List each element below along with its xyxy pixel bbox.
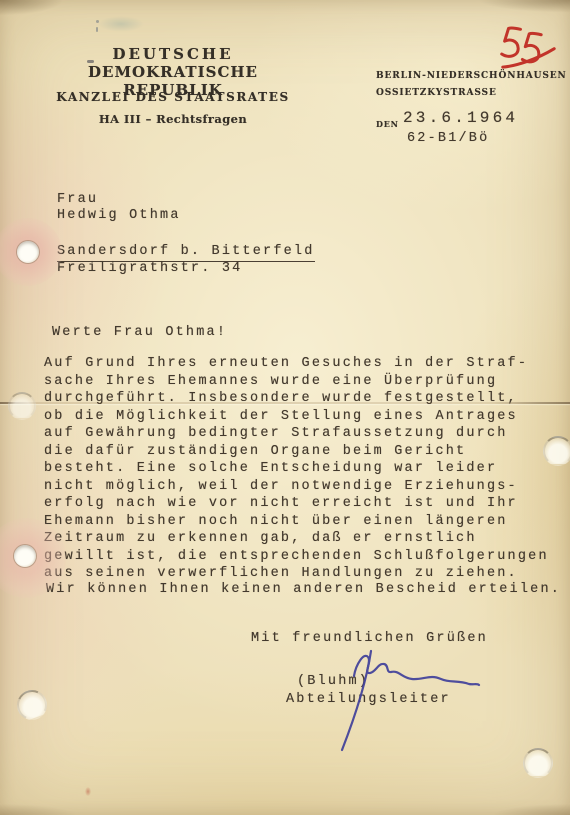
pencil-dash — [87, 60, 94, 63]
letterhead-office: KANZLEI DES STAATSRATES — [53, 90, 293, 104]
punch-impression — [543, 436, 570, 466]
scanned-letter-page: DEUTSCHE DEMOKRATISCHE REPUBLIK KANZLEI … — [0, 0, 570, 815]
punch-hole — [14, 545, 36, 567]
letterhead-place-line2: OSSIETZKYSTRASSE — [376, 88, 497, 98]
punch-impression — [13, 686, 51, 724]
typed-date: 23.6.1964 — [403, 110, 518, 126]
body-paragraph-2: Wir können Ihnen keinen anderen Bescheid… — [46, 581, 566, 599]
handwritten-page-number — [497, 25, 563, 77]
punch-impression — [8, 392, 36, 420]
body-paragraph-1: Auf Grund Ihres erneuten Gesuches in der… — [44, 355, 564, 583]
recipient-salutation: Frau — [57, 192, 98, 208]
letter-salutation: Werte Frau Othma! — [52, 324, 227, 342]
handwritten-signature — [320, 640, 490, 760]
fold-crease — [0, 402, 570, 404]
reference-number: 62-B1/Bö — [407, 130, 489, 148]
recipient-street: Freiligrathstr. 34 — [57, 261, 242, 277]
ink-speck — [85, 787, 91, 796]
punch-hole — [17, 241, 39, 263]
letterhead-department: HA III – Rechtsfragen — [53, 112, 293, 126]
pencil-smudge — [98, 16, 144, 32]
recipient-town: Sandersdorf b. Bitterfeld — [57, 244, 315, 262]
recipient-name: Hedwig Othma — [57, 208, 181, 224]
pencil-dot — [96, 20, 99, 23]
date-prefix-label: DEN — [376, 119, 399, 129]
pencil-dot — [96, 27, 98, 32]
punch-impression — [523, 748, 553, 778]
